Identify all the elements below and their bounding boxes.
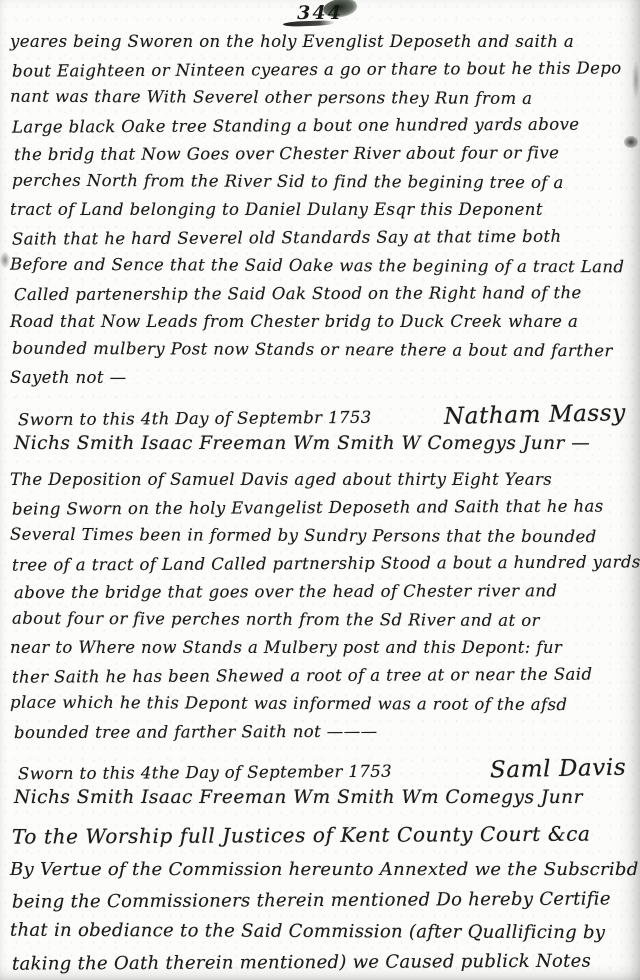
manuscript-line: nant was thare With Severel other person… <box>10 83 632 114</box>
manuscript-line: ther Saith he has been Shewed a root of … <box>10 660 632 691</box>
manuscript-line: Sayeth not — <box>10 364 632 392</box>
manuscript-line: perches North from the River Sid to find… <box>10 167 632 198</box>
attestation-row-1: Sworn to this 4th Day of Septembr 1753 N… <box>0 392 640 428</box>
manuscript-line: that in obediance to the Said Commission… <box>10 915 632 949</box>
manuscript-line: Road that Now Leads from Chester bridg t… <box>10 308 632 336</box>
page-number: 344 <box>291 2 349 24</box>
signature-saml-davis: Saml Davis <box>489 755 626 784</box>
ink-blot <box>322 0 358 19</box>
manuscript-line: taking the Oath therein mentioned) we Ca… <box>10 945 632 979</box>
manuscript-line: near to Where now Stands a Mulbery post … <box>10 634 632 662</box>
manuscript-line: yeares being Sworen on the holy Evenglis… <box>10 28 632 56</box>
manuscript-line: Large black Oake tree Standing a bout on… <box>10 110 632 141</box>
manuscript-line: above the bridge that goes over the head… <box>10 577 632 607</box>
manuscript-line: about four or five perches north from th… <box>10 605 632 636</box>
manuscript-line: bounded mulbery Post now Stands or neare… <box>10 335 632 366</box>
manuscript-line: By Vertue of the Commission hereunto Ann… <box>10 854 632 885</box>
manuscript-line: The Deposition of Samuel Davis aged abou… <box>10 466 632 494</box>
signature-natham-massy: Natham Massy <box>444 400 626 430</box>
manuscript-line: being the Commissioners therein mentione… <box>10 883 632 917</box>
deposition-paragraph-1: yeares being Sworen on the holy Evenglis… <box>0 28 640 392</box>
manuscript-line: bounded tree and farther Saith not ——— <box>10 717 632 747</box>
sworn-statement-1: Sworn to this 4th Day of Septembr 1753 <box>18 408 372 429</box>
manuscript-line: tract of Land belonging to Daniel Dulany… <box>10 196 632 224</box>
sworn-statement-2: Sworn to this 4the Day of September 1753 <box>18 762 392 784</box>
witness-names-2: Nichs Smith Isaac Freeman Wm Smith Wm Co… <box>14 787 583 808</box>
manuscript-line: being Sworn on the holy Evangelist Depos… <box>10 492 632 523</box>
witness-row-2: Nichs Smith Isaac Freeman Wm Smith Wm Co… <box>0 782 640 814</box>
ink-smear <box>283 20 335 27</box>
page-number-row: 344 <box>0 0 640 28</box>
certificate-salutation: To the Worship full Justices of Kent Cou… <box>0 812 640 855</box>
manuscript-line: the bridg that Now Goes over Chester Riv… <box>10 139 632 169</box>
witness-row-1: Nichs Smith Isaac Freeman Wm Smith W Com… <box>0 428 640 460</box>
attestation-row-2: Sworn to this 4the Day of September 1753… <box>0 746 640 782</box>
manuscript-line: Saith that he hard Severel old Standards… <box>10 222 632 253</box>
manuscript-line: place which he this Depont was informed … <box>10 689 632 720</box>
manuscript-page: 344 yeares being Sworen on the holy Even… <box>0 0 640 980</box>
manuscript-line: Before and Sence that the Said Oake was … <box>10 251 632 282</box>
manuscript-line: bout Eaighteen or Ninteen cyeares a go o… <box>10 54 632 85</box>
manuscript-line: tree of a tract of Land Called partnersh… <box>10 548 632 579</box>
manuscript-line: Called partenership the Said Oak Stood o… <box>10 279 632 309</box>
deposition-paragraph-2: The Deposition of Samuel Davis aged abou… <box>0 466 640 746</box>
manuscript-line: Several Times been in formed by Sundry P… <box>10 521 632 552</box>
witness-names-1: Nichs Smith Isaac Freeman Wm Smith W Com… <box>14 433 590 454</box>
certificate-paragraph: By Vertue of the Commission hereunto Ann… <box>0 854 640 978</box>
